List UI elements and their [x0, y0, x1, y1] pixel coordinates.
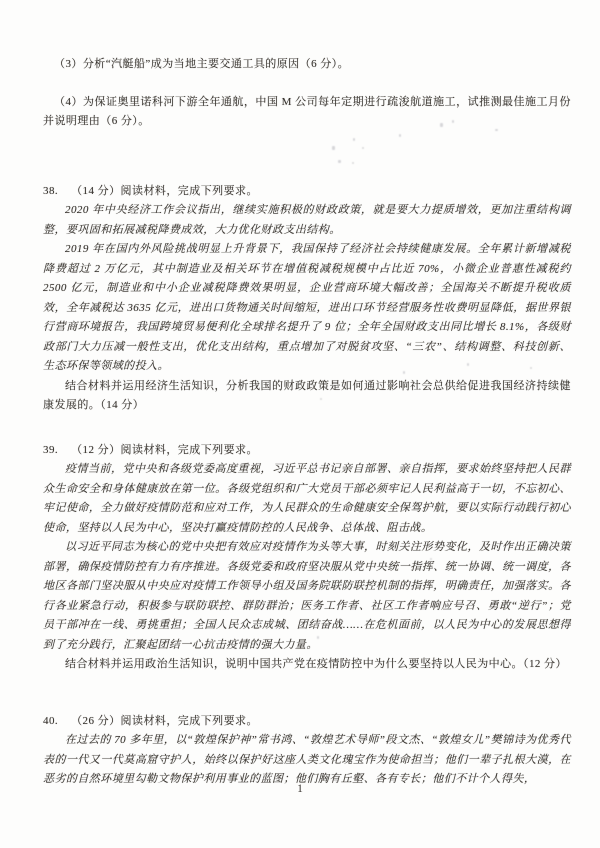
scan-speckle: [495, 129, 498, 131]
question-40: 40.（26 分）阅读材料，完成下列要求。 在过去的 70 多年里，以“敦煌保护…: [43, 712, 571, 790]
question-40-number: 40.: [43, 712, 58, 732]
scan-speckle: [452, 120, 454, 123]
scan-speckle: [430, 558, 432, 560]
question-39-task: 结合材料并运用政治生活知识，说明中国共产党在疫情防控中为什么要坚持以人民为中心。…: [43, 655, 571, 675]
question-40-header: 40.（26 分）阅读材料，完成下列要求。: [43, 712, 571, 732]
scan-speckle: [440, 123, 443, 127]
question-40-intro: （26 分）阅读材料，完成下列要求。: [71, 715, 258, 727]
scan-speckle: [338, 160, 341, 163]
question-part-3: （3）分析“汽艇船”成为当地主要交通工具的原因（6 分）。: [43, 55, 571, 75]
question-38-header: 38.（14 分）阅读材料，完成下列要求。: [43, 182, 571, 202]
question-38-material-2: 2019 年在国内外风险挑战明显上升背景下，我国保持了经济社会持续健康发展。全年…: [43, 240, 571, 377]
scan-speckle: [362, 147, 364, 149]
question-39-material-1: 疫情当前，党中央和各级党委高度重视，习近平总书记亲自部署、亲自指挥，要求始终坚持…: [43, 460, 571, 538]
scan-speckle: [530, 367, 532, 369]
question-39-intro: （12 分）阅读材料，完成下列要求。: [71, 444, 258, 456]
page-content: （3）分析“汽艇船”成为当地主要交通工具的原因（6 分）。 （4）为保证奥里诺科…: [0, 0, 600, 790]
question-39-material-2: 以习近平同志为核心的党中央把有效应对疫情作为头等大事，时刻关注形势变化，及时作出…: [43, 538, 571, 655]
scan-speckle: [403, 371, 405, 374]
scan-speckle: [317, 636, 319, 639]
question-38-material-1: 2020 年中央经济工作会议指出，继续实施积极的财政政策，就是要大力提质增效，更…: [43, 201, 571, 240]
question-38-number: 38.: [43, 182, 58, 202]
question-40-material-1: 在过去的 70 多年里，以“敦煌保护神”常书鸿、“敦煌艺术导师”段文杰、“敦煌女…: [43, 731, 571, 790]
page-number: 1: [0, 783, 600, 795]
scan-speckle: [353, 138, 355, 141]
scan-speckle: [320, 398, 322, 400]
question-38: 38.（14 分）阅读材料，完成下列要求。 2020 年中央经济工作会议指出，继…: [43, 182, 571, 416]
question-39-number: 39.: [43, 441, 58, 461]
scan-speckle: [467, 363, 469, 366]
scan-speckle: [352, 162, 354, 164]
question-38-task: 结合材料并运用经济生活知识，分析我国的财政政策是如何通过影响社会总供给促进我国经…: [43, 377, 571, 416]
question-38-intro: （14 分）阅读材料，完成下列要求。: [71, 185, 258, 197]
question-39-header: 39.（12 分）阅读材料，完成下列要求。: [43, 441, 571, 461]
scan-speckle: [399, 134, 401, 137]
question-39: 39.（12 分）阅读材料，完成下列要求。 疫情当前，党中央和各级党委高度重视，…: [43, 441, 571, 675]
scan-speckle: [332, 146, 335, 150]
question-part-4: （4）为保证奥里诺科河下游全年通航，中国 M 公司每年定期进行疏浚航道施工，试推…: [43, 93, 571, 132]
scanned-exam-page: （3）分析“汽艇船”成为当地主要交通工具的原因（6 分）。 （4）为保证奥里诺科…: [0, 0, 600, 848]
